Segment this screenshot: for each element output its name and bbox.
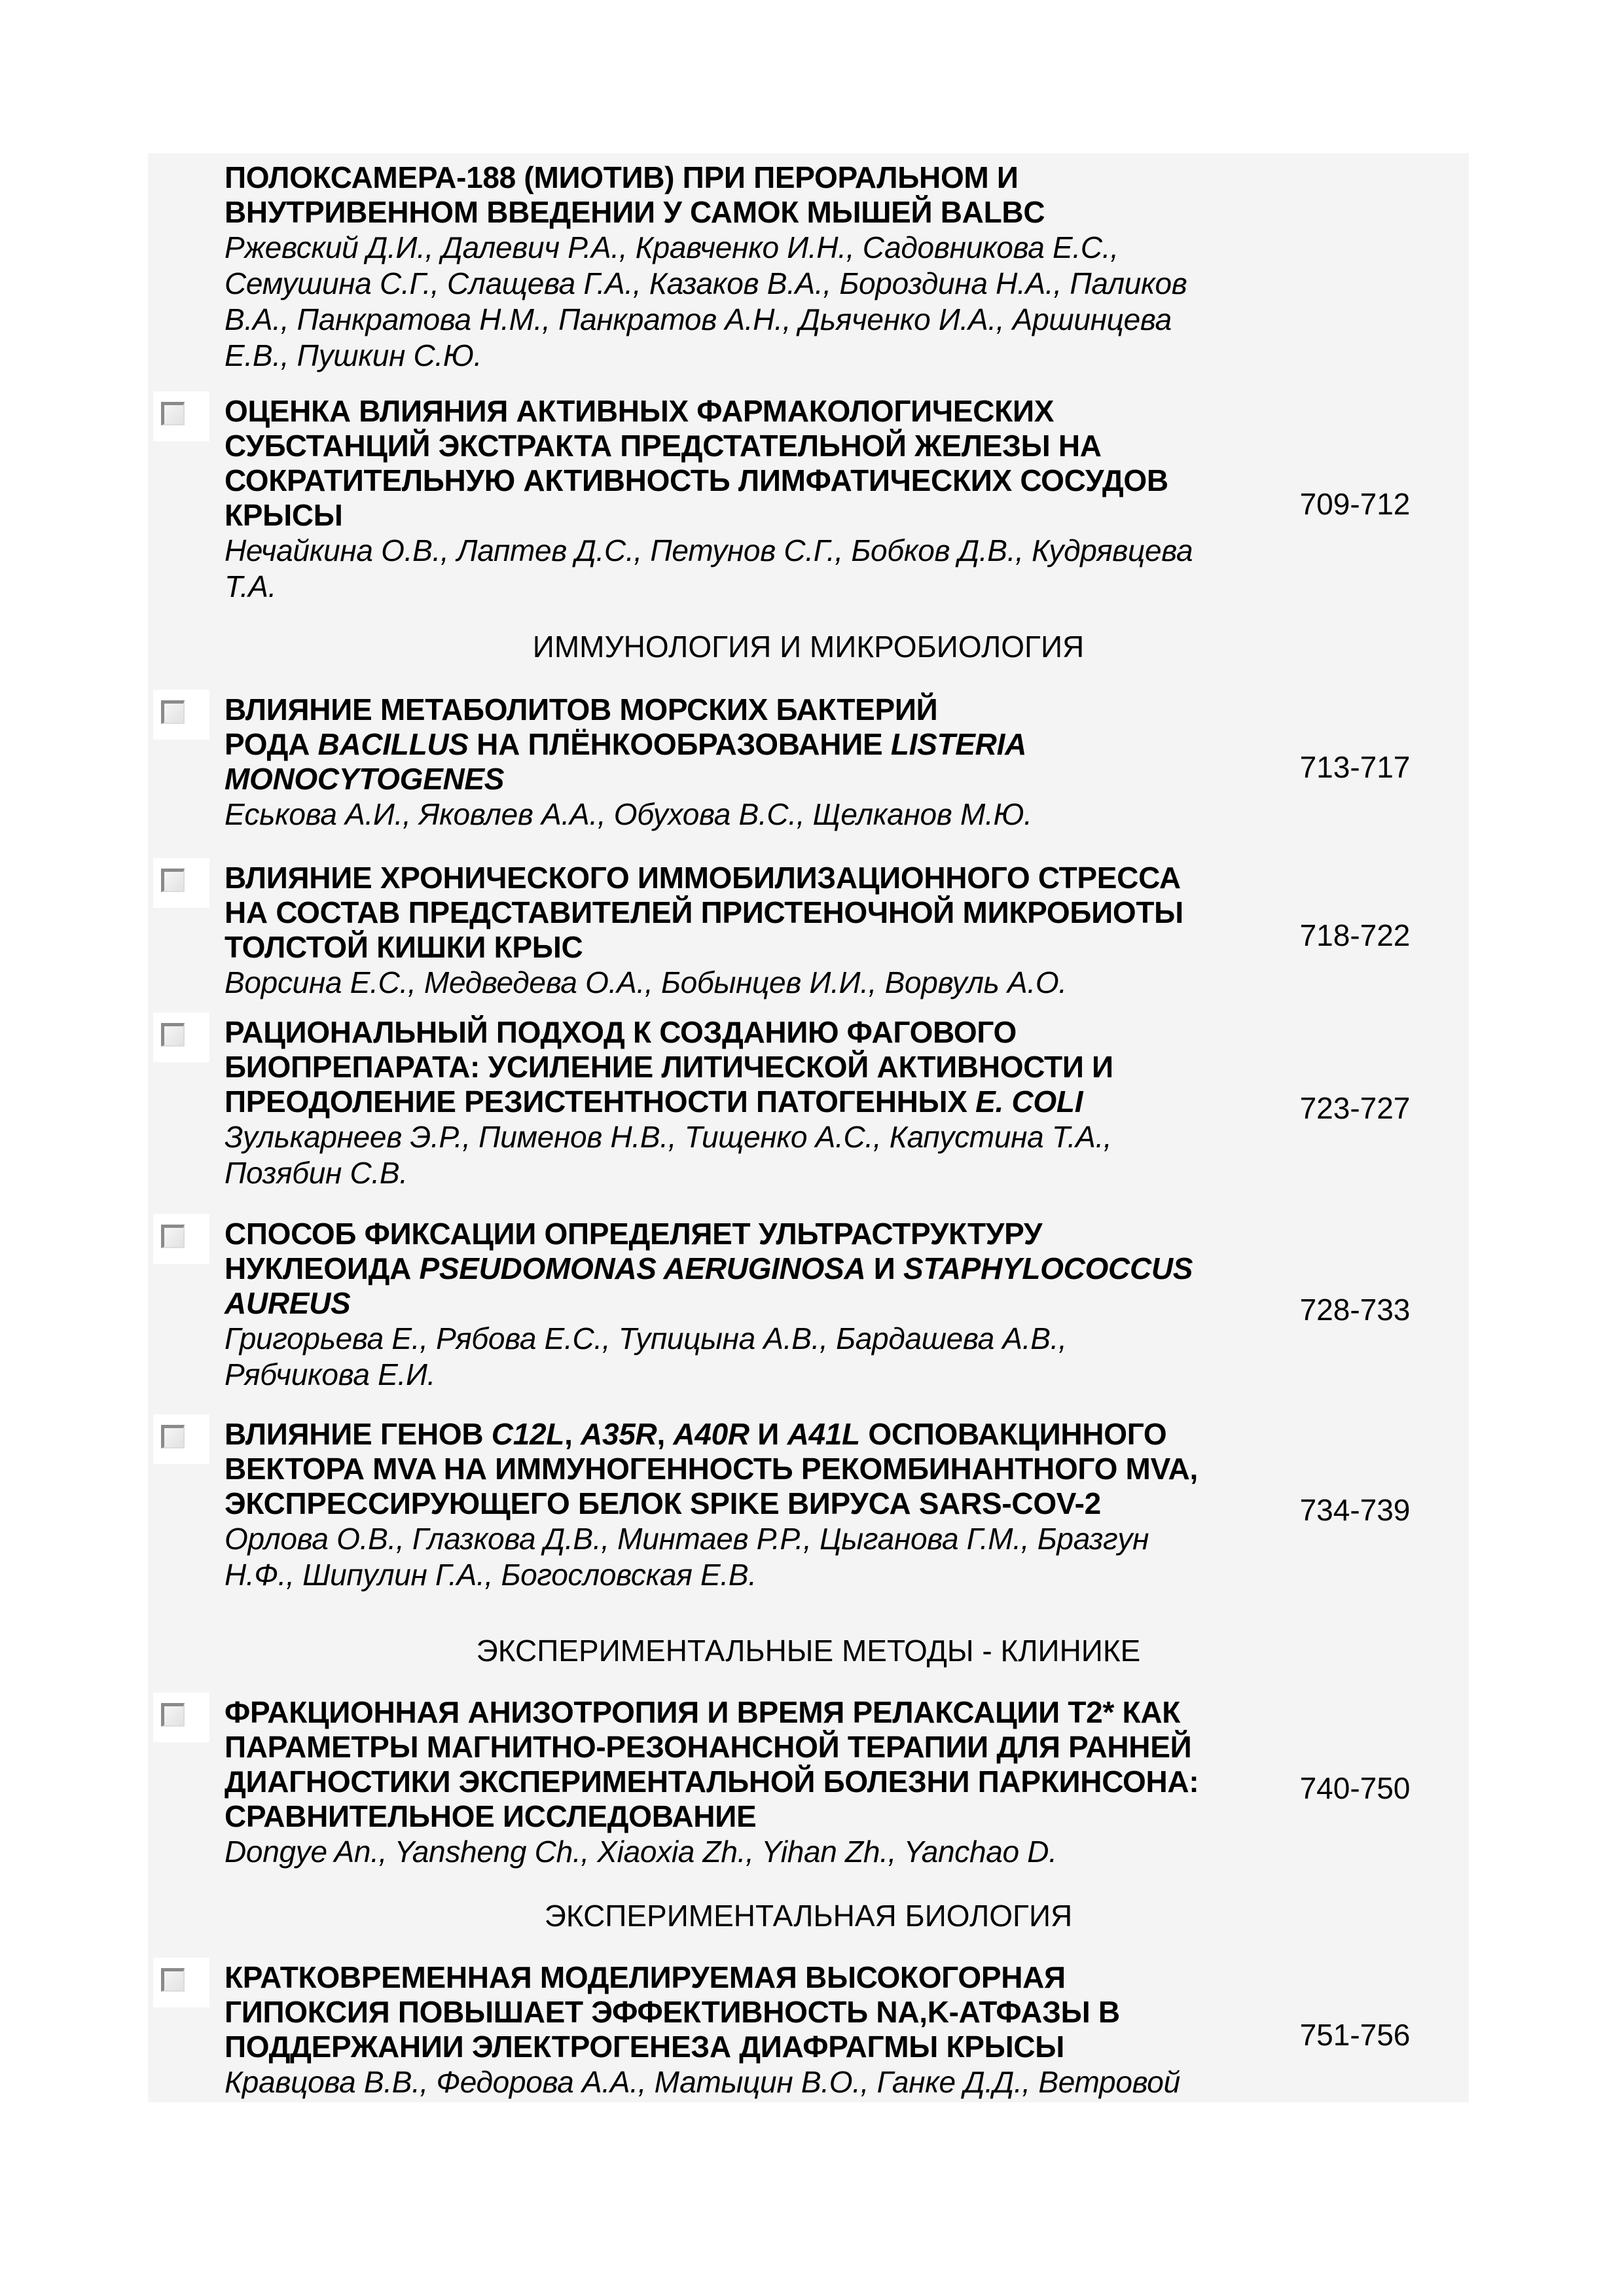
- article-authors: Орлова О.В., Глазкова Д.В., Минтаев Р.Р.…: [225, 1521, 1377, 1593]
- section-heading: ЭКСПЕРИМЕНТАЛЬНАЯ БИОЛОГИЯ: [148, 1899, 1469, 1933]
- select-checkbox[interactable]: [153, 1214, 209, 1264]
- page-range: 713-717: [1286, 750, 1424, 785]
- article-title[interactable]: ПОЛОКСАМЕРА-188 (МИОТИВ) ПРИ ПЕРОРАЛЬНОМ…: [225, 160, 1377, 230]
- page-range: 740-750: [1286, 1771, 1424, 1806]
- article-authors: Кравцова В.В., Федорова А.А., Матыцин В.…: [225, 2064, 1377, 2100]
- article-content: ФРАКЦИОННАЯ АНИЗОТРОПИЯ И ВРЕМЯ РЕЛАКСАЦ…: [225, 1695, 1377, 1870]
- article-authors: Ржевский Д.И., Далевич Р.А., Кравченко И…: [225, 230, 1377, 374]
- page-range: 709-712: [1286, 487, 1424, 522]
- article-content: ВЛИЯНИЕ МЕТАБОЛИТОВ МОРСКИХ БАКТЕРИЙРОДА…: [225, 692, 1377, 833]
- article-title[interactable]: ВЛИЯНИЕ МЕТАБОЛИТОВ МОРСКИХ БАКТЕРИЙРОДА…: [225, 692, 1377, 797]
- article-title[interactable]: ОЦЕНКА ВЛИЯНИЯ АКТИВНЫХ ФАРМАКОЛОГИЧЕСКИ…: [225, 394, 1377, 533]
- article-authors: Ворсина Е.С., Медведева О.А., Бобынцев И…: [225, 965, 1377, 1001]
- checkbox-icon: [161, 1703, 185, 1727]
- page-range: 728-733: [1286, 1293, 1424, 1327]
- select-checkbox[interactable]: [153, 1414, 209, 1464]
- section-heading: ЭКСПЕРИМЕНТАЛЬНЫЕ МЕТОДЫ - КЛИНИКЕ: [148, 1634, 1469, 1668]
- article-content: КРАТКОВРЕМЕННАЯ МОДЕЛИРУЕМАЯ ВЫСОКОГОРНА…: [225, 1960, 1377, 2100]
- checkbox-icon: [161, 1425, 185, 1448]
- select-checkbox[interactable]: [153, 391, 209, 441]
- article-content: ПОЛОКСАМЕРА-188 (МИОТИВ) ПРИ ПЕРОРАЛЬНОМ…: [225, 160, 1377, 374]
- select-checkbox[interactable]: [153, 858, 209, 908]
- article-authors: Григорьева Е., Рябова Е.С., Тупицына А.В…: [225, 1321, 1377, 1393]
- checkbox-icon: [161, 869, 185, 892]
- table-of-contents-panel: ПОЛОКСАМЕРА-188 (МИОТИВ) ПРИ ПЕРОРАЛЬНОМ…: [148, 153, 1469, 2102]
- select-checkbox[interactable]: [153, 1958, 209, 2007]
- page-range: 718-722: [1286, 918, 1424, 953]
- select-checkbox[interactable]: [153, 690, 209, 740]
- article-content: ВЛИЯНИЕ ХРОНИЧЕСКОГО ИММОБИЛИЗАЦИОННОГО …: [225, 861, 1377, 1001]
- article-title[interactable]: ВЛИЯНИЕ ХРОНИЧЕСКОГО ИММОБИЛИЗАЦИОННОГО …: [225, 861, 1377, 965]
- article-content: ОЦЕНКА ВЛИЯНИЯ АКТИВНЫХ ФАРМАКОЛОГИЧЕСКИ…: [225, 394, 1377, 605]
- select-checkbox[interactable]: [153, 1013, 209, 1062]
- article-title[interactable]: КРАТКОВРЕМЕННАЯ МОДЕЛИРУЕМАЯ ВЫСОКОГОРНА…: [225, 1960, 1377, 2064]
- page-range: 751-756: [1286, 2018, 1424, 2053]
- article-content: СПОСОБ ФИКСАЦИИ ОПРЕДЕЛЯЕТ УЛЬТРАСТРУКТУ…: [225, 1217, 1377, 1393]
- article-title[interactable]: ВЛИЯНИЕ ГЕНОВ C12L, A35R, A40R И A41L ОС…: [225, 1417, 1377, 1521]
- section-heading: ИММУНОЛОГИЯ И МИКРОБИОЛОГИЯ: [148, 630, 1469, 664]
- article-title[interactable]: ФРАКЦИОННАЯ АНИЗОТРОПИЯ И ВРЕМЯ РЕЛАКСАЦ…: [225, 1695, 1377, 1834]
- article-authors: Зулькарнеев Э.Р., Пименов Н.В., Тищенко …: [225, 1119, 1377, 1191]
- article-authors: Dongye An., Yansheng Ch., Xiaoxia Zh., Y…: [225, 1834, 1377, 1870]
- checkbox-icon: [161, 1225, 185, 1248]
- select-checkbox[interactable]: [153, 1693, 209, 1742]
- article-content: ВЛИЯНИЕ ГЕНОВ C12L, A35R, A40R И A41L ОС…: [225, 1417, 1377, 1593]
- page-range: 734-739: [1286, 1493, 1424, 1528]
- checkbox-icon: [161, 402, 185, 425]
- article-title[interactable]: РАЦИОНАЛЬНЫЙ ПОДХОД К СОЗДАНИЮ ФАГОВОГОБ…: [225, 1015, 1377, 1119]
- article-content: РАЦИОНАЛЬНЫЙ ПОДХОД К СОЗДАНИЮ ФАГОВОГОБ…: [225, 1015, 1377, 1191]
- checkbox-icon: [161, 1023, 185, 1047]
- article-authors: Еськова А.И., Яковлев А.А., Обухова В.С.…: [225, 797, 1377, 833]
- article-authors: Нечайкина О.В., Лаптев Д.С., Петунов С.Г…: [225, 533, 1377, 605]
- checkbox-icon: [161, 1968, 185, 1992]
- page-range: 723-727: [1286, 1091, 1424, 1126]
- checkbox-icon: [161, 700, 185, 724]
- article-title[interactable]: СПОСОБ ФИКСАЦИИ ОПРЕДЕЛЯЕТ УЛЬТРАСТРУКТУ…: [225, 1217, 1377, 1321]
